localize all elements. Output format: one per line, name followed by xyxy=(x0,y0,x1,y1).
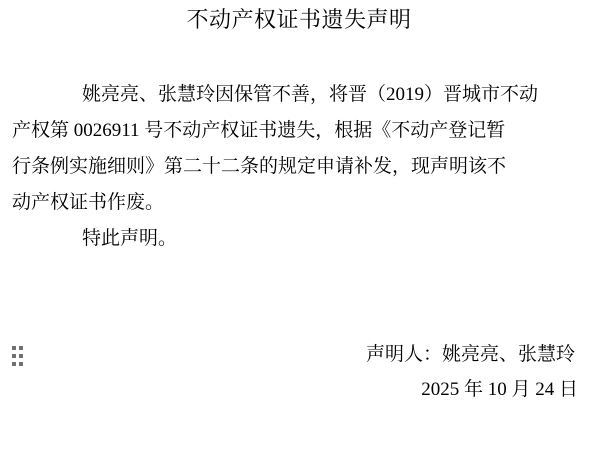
grip-dot xyxy=(12,346,16,350)
grip-dot xyxy=(19,354,23,358)
document-title: 不动产权证书遗失声明 xyxy=(0,5,598,35)
closing-line: 特此声明。 xyxy=(12,221,570,257)
grip-dot xyxy=(19,346,23,350)
grip-dot xyxy=(12,354,16,358)
body-line-2: 产权第 0026911 号不动产权证书遗失，根据《不动产登记暂 xyxy=(12,113,570,149)
body-line-3: 行条例实施细则》第二十二条的规定申请补发，现声明该不 xyxy=(12,149,570,185)
document-page: 不动产权证书遗失声明 姚亮亮、张慧玲因保管不善，将晋（2019）晋城市不动 产权… xyxy=(0,0,598,456)
drag-handle-icon[interactable] xyxy=(12,346,23,366)
declaration-date: 2025 年 10 月 24 日 xyxy=(421,372,578,408)
body-line-4: 动产权证书作废。 xyxy=(12,185,570,221)
grip-dot xyxy=(19,362,23,366)
declarant-signature: 声明人：姚亮亮、张慧玲 xyxy=(366,337,575,373)
body-line-1: 姚亮亮、张慧玲因保管不善，将晋（2019）晋城市不动 xyxy=(12,77,570,113)
grip-dot xyxy=(12,362,16,366)
document-body: 姚亮亮、张慧玲因保管不善，将晋（2019）晋城市不动 产权第 0026911 号… xyxy=(12,77,570,257)
